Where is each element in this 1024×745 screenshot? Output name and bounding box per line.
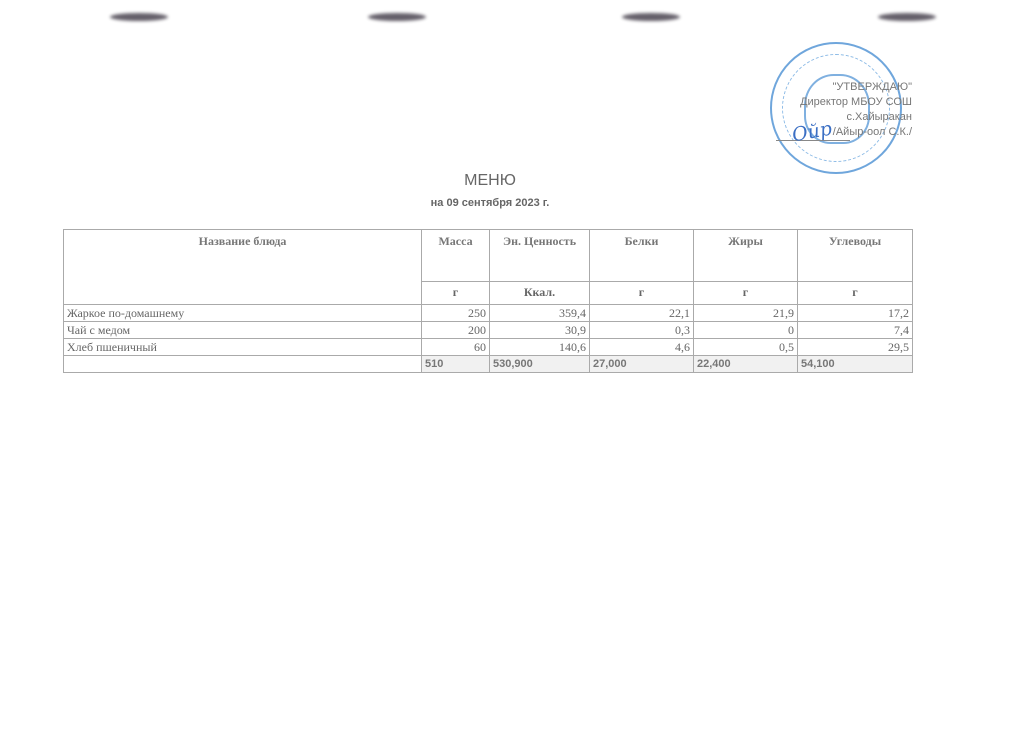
header-fat: Жиры xyxy=(694,230,798,282)
punch-hole-mark xyxy=(878,13,936,21)
total-fat: 22,400 xyxy=(694,356,798,373)
punch-hole-mark xyxy=(368,13,426,21)
total-energy: 530,900 xyxy=(490,356,590,373)
dish-fat: 21,9 xyxy=(694,305,798,322)
dish-protein: 4,6 xyxy=(590,339,694,356)
approval-heading: "УТВЕРЖДАЮ" xyxy=(800,80,912,95)
dish-carbs: 17,2 xyxy=(798,305,913,322)
table-row: Чай с медом 200 30,9 0,3 0 7,4 xyxy=(64,322,913,339)
dish-mass: 60 xyxy=(422,339,490,356)
menu-date: на 09 сентября 2023 г. xyxy=(0,197,980,209)
dish-carbs: 7,4 xyxy=(798,322,913,339)
dish-fat: 0,5 xyxy=(694,339,798,356)
menu-table: Название блюда Масса Эн. Ценность Белки … xyxy=(63,229,913,373)
total-mass: 510 xyxy=(422,356,490,373)
totals-row: 510 530,900 27,000 22,400 54,100 xyxy=(64,356,913,373)
total-label xyxy=(64,356,422,373)
dish-energy: 359,4 xyxy=(490,305,590,322)
dish-energy: 140,6 xyxy=(490,339,590,356)
dish-energy: 30,9 xyxy=(490,322,590,339)
unit-mass: г xyxy=(422,281,490,304)
table-row: Жаркое по-домашнему 250 359,4 22,1 21,9 … xyxy=(64,305,913,322)
unit-fat: г xyxy=(694,281,798,304)
dish-protein: 0,3 xyxy=(590,322,694,339)
header-dish-name: Название блюда xyxy=(64,230,422,305)
header-mass: Масса xyxy=(422,230,490,282)
header-energy: Эн. Ценность xyxy=(490,230,590,282)
dish-name: Жаркое по-домашнему xyxy=(64,305,422,322)
dish-protein: 22,1 xyxy=(590,305,694,322)
dish-fat: 0 xyxy=(694,322,798,339)
punch-hole-mark xyxy=(622,13,680,21)
page-title: МЕНЮ xyxy=(0,172,980,190)
header-carbs: Углеводы xyxy=(798,230,913,282)
table-row: Хлеб пшеничный 60 140,6 4,6 0,5 29,5 xyxy=(64,339,913,356)
unit-carbs: г xyxy=(798,281,913,304)
dish-name: Чай с медом xyxy=(64,322,422,339)
dish-carbs: 29,5 xyxy=(798,339,913,356)
approval-position: Директор МБОУ СОШ xyxy=(800,95,912,110)
punch-hole-mark xyxy=(110,13,168,21)
total-protein: 27,000 xyxy=(590,356,694,373)
unit-protein: г xyxy=(590,281,694,304)
dish-name: Хлеб пшеничный xyxy=(64,339,422,356)
header-row: Название блюда Масса Эн. Ценность Белки … xyxy=(64,230,913,282)
unit-energy: Ккал. xyxy=(490,281,590,304)
dish-mass: 200 xyxy=(422,322,490,339)
dish-mass: 250 xyxy=(422,305,490,322)
header-protein: Белки xyxy=(590,230,694,282)
total-carbs: 54,100 xyxy=(798,356,913,373)
